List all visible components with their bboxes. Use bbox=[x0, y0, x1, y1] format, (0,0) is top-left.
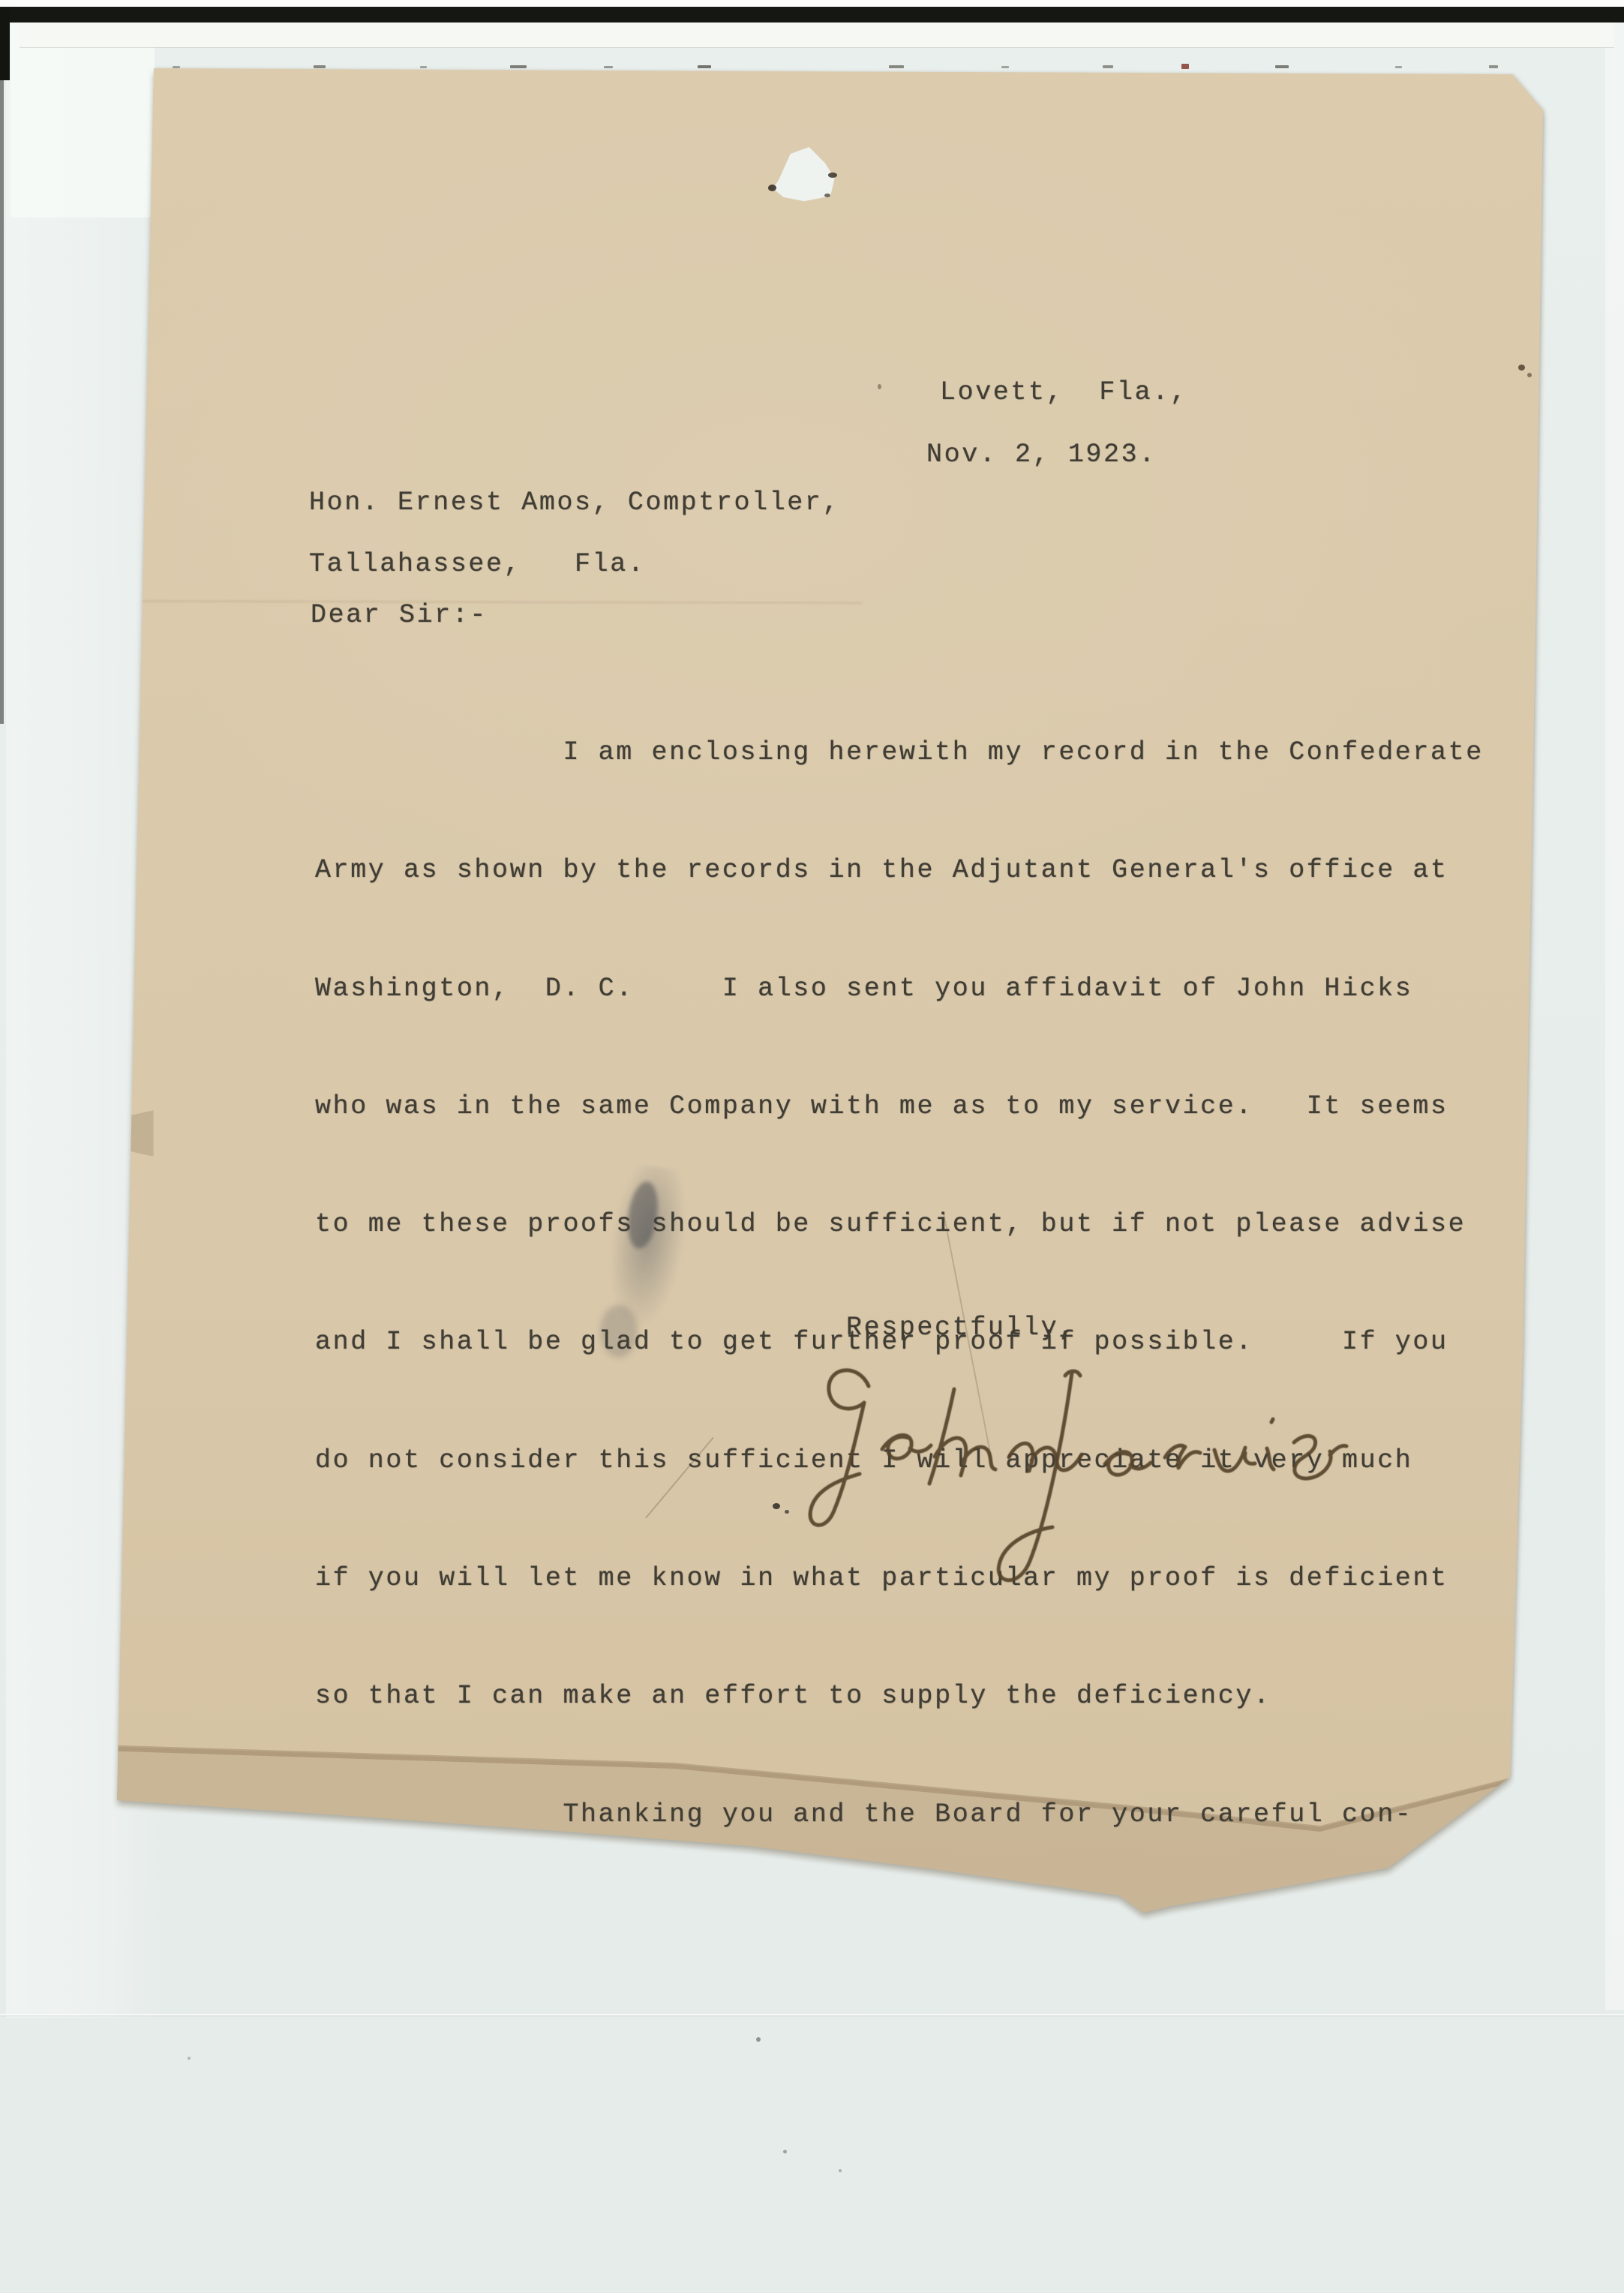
paper-edge-speck bbox=[1518, 365, 1525, 371]
signature-ink-blot bbox=[773, 1503, 780, 1509]
paper-speck bbox=[878, 384, 881, 389]
body-line: Army as shown by the records in the Adju… bbox=[315, 842, 1484, 899]
body-line: I am enclosing herewith my record in the… bbox=[315, 724, 1484, 782]
dateline-date: Nov. 2, 1923. bbox=[926, 440, 1157, 470]
salutation: Dear Sir:- bbox=[311, 600, 488, 630]
hole-edge-speck bbox=[824, 194, 830, 197]
body-line: Washington, D. C. I also sent you affida… bbox=[315, 960, 1484, 1018]
signature-handwriting bbox=[780, 1343, 1380, 1613]
signature-last-name-stroke bbox=[998, 1371, 1346, 1580]
closing: Respectfully, bbox=[846, 1313, 1076, 1343]
body-line: Thanking you and the Board for your care… bbox=[315, 1786, 1484, 1844]
recipient-name-line: Hon. Ernest Amos, Comptroller, bbox=[309, 488, 840, 518]
paper-left-edge-notch bbox=[113, 1110, 154, 1157]
paper-shadow-wrap: Lovett, Fla., Nov. 2, 1923. Hon. Ernest … bbox=[0, 0, 1624, 2293]
paper-top-edge-shading bbox=[154, 65, 1514, 72]
body-line: who was in the same Company with me as t… bbox=[315, 1078, 1484, 1136]
background-speck bbox=[756, 2037, 761, 2042]
paper-edge-speck bbox=[1527, 373, 1532, 377]
signature-first-name-stroke bbox=[810, 1370, 1082, 1525]
hole-edge-speck bbox=[768, 185, 776, 191]
recipient-city-line: Tallahassee, Fla. bbox=[309, 549, 645, 579]
background-speck bbox=[783, 2150, 787, 2153]
body-line: to me these proofs should be sufficient,… bbox=[315, 1196, 1484, 1253]
dateline-place: Lovett, Fla., bbox=[940, 377, 1187, 407]
body-line: so that I can make an effort to supply t… bbox=[315, 1667, 1484, 1725]
paper-sheet: Lovett, Fla., Nov. 2, 1923. Hon. Ernest … bbox=[0, 0, 1624, 2293]
scanned-letter-page: Lovett, Fla., Nov. 2, 1923. Hon. Ernest … bbox=[0, 0, 1624, 2293]
paper-corner-fold-crease bbox=[1514, 70, 1548, 108]
background-speck bbox=[188, 2057, 191, 2060]
body-line: sideration of my claim, Iam bbox=[315, 1904, 1484, 1961]
signature-ink-blot bbox=[785, 1510, 789, 1514]
hole-edge-speck bbox=[828, 173, 837, 178]
background-speck bbox=[839, 2169, 842, 2172]
